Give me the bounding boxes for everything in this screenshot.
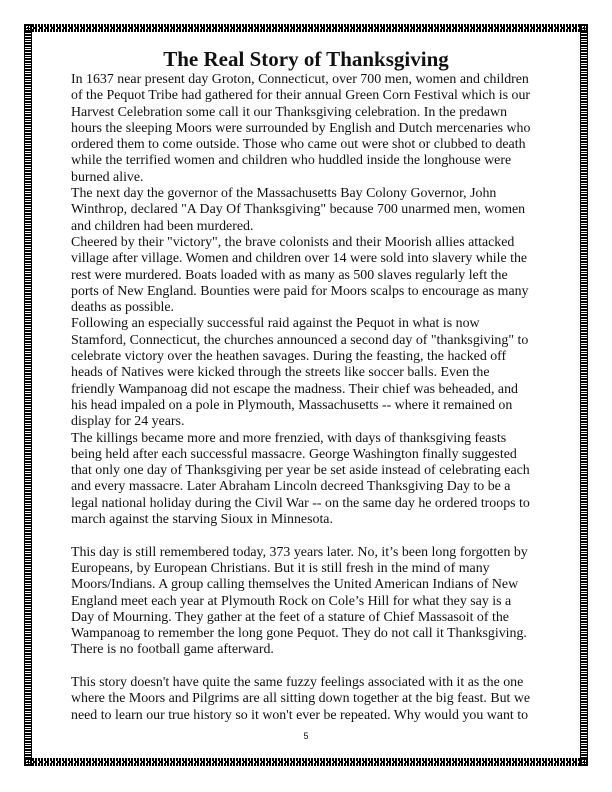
border-corner-icon <box>24 24 32 32</box>
page-title: The Real Story of Thanksgiving <box>0 47 612 71</box>
paragraph-winthrop-declaration: The next day the governor of the Massach… <box>71 186 551 235</box>
border-corner-icon <box>580 24 588 32</box>
paragraph-true-history: This story doesn't have quite the same f… <box>71 675 551 724</box>
paragraph-day-of-mourning: This day is still remembered today, 373 … <box>71 545 551 659</box>
border-left-pattern <box>24 32 32 758</box>
border-corner-icon <box>580 758 588 766</box>
article-body: In 1637 near present day Groton, Connect… <box>71 72 551 724</box>
border-right-pattern <box>580 32 588 758</box>
border-top-pattern <box>32 24 580 32</box>
paragraph-spacer <box>71 659 551 675</box>
paragraph-stamford-raid: Following an especially successful raid … <box>71 316 551 430</box>
paragraph-spacer <box>71 528 551 544</box>
paragraph-village-attacks: Cheered by their "victory", the brave co… <box>71 235 551 316</box>
border-corner-icon <box>24 758 32 766</box>
paragraph-national-holiday: The killings became more and more frenzi… <box>71 431 551 529</box>
border-bottom-pattern <box>32 758 580 766</box>
paragraph-pequot-massacre: In 1637 near present day Groton, Connect… <box>71 72 551 186</box>
page-number: 5 <box>0 731 612 741</box>
